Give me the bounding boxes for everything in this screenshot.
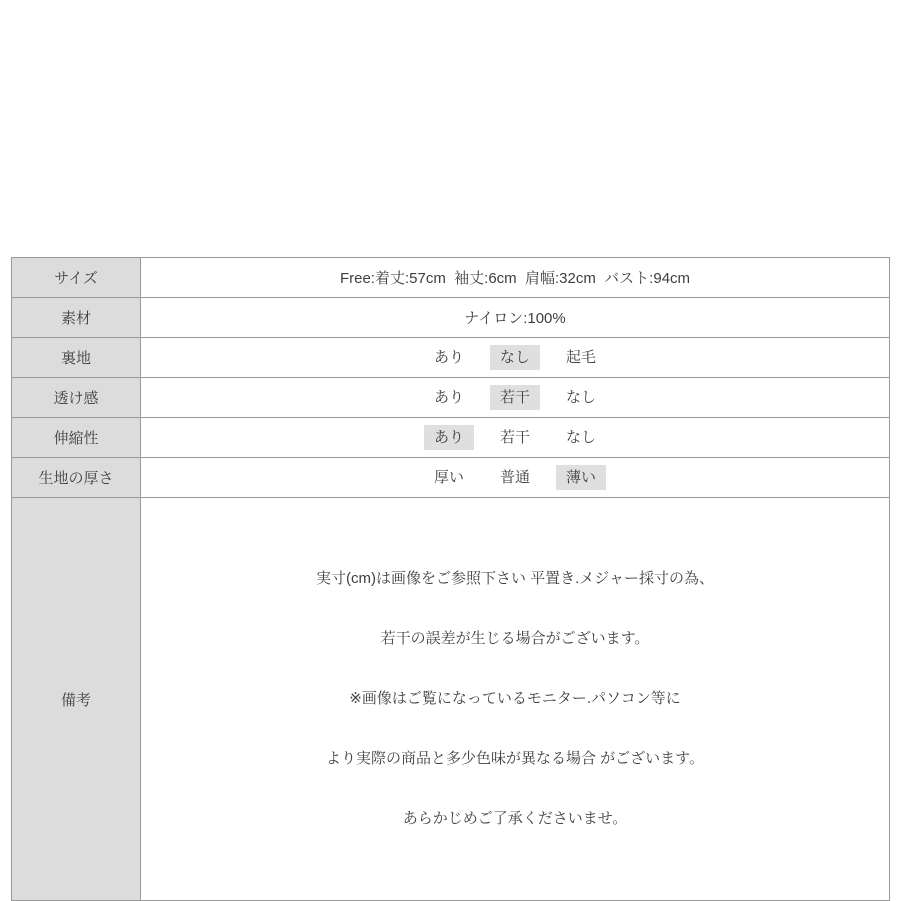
- table-row-thickness: 生地の厚さ 厚い 普通 薄い: [12, 458, 890, 498]
- option-group-lining: あり なし 起毛: [141, 345, 889, 371]
- option-ari: あり: [424, 345, 474, 371]
- table-row-size: サイズ Free:着丈:57cm 袖丈:6cm 肩幅:32cm バスト:94cm: [12, 258, 890, 298]
- row-label-sheerness: 透け感: [12, 378, 141, 418]
- table-row-remarks: 備考 実寸(cm)は画像をご参照下さい 平置き.メジャー採寸の為、 若干の誤差が…: [12, 498, 890, 901]
- table-row-sheerness: 透け感 あり 若干 なし: [12, 378, 890, 418]
- option-kimo: 起毛: [556, 345, 606, 371]
- product-spec-page: サイズ Free:着丈:57cm 袖丈:6cm 肩幅:32cm バスト:94cm…: [0, 0, 900, 900]
- option-ari: あり: [424, 425, 474, 451]
- option-nashi: なし: [556, 385, 606, 411]
- option-group-sheerness: あり 若干 なし: [141, 385, 889, 411]
- row-value-thickness: 厚い 普通 薄い: [141, 458, 890, 498]
- row-label-remarks: 備考: [12, 498, 141, 901]
- option-ari: あり: [424, 385, 474, 411]
- option-group-stretch: あり 若干 なし: [141, 425, 889, 451]
- table-row-lining: 裏地 あり なし 起毛: [12, 338, 890, 378]
- remarks-text: 実寸(cm)は画像をご参照下さい 平置き.メジャー採寸の為、 若干の誤差が生じる…: [141, 532, 889, 866]
- row-value-sheerness: あり 若干 なし: [141, 378, 890, 418]
- row-value-stretch: あり 若干 なし: [141, 418, 890, 458]
- row-value-remarks: 実寸(cm)は画像をご参照下さい 平置き.メジャー採寸の為、 若干の誤差が生じる…: [141, 498, 890, 901]
- remarks-line: あらかじめご了承くださいませ。: [141, 806, 889, 832]
- option-atsui: 厚い: [424, 465, 474, 491]
- option-nashi: なし: [556, 425, 606, 451]
- row-label-stretch: 伸縮性: [12, 418, 141, 458]
- table-row-material: 素材 ナイロン:100%: [12, 298, 890, 338]
- option-group-thickness: 厚い 普通 薄い: [141, 465, 889, 491]
- spec-table: サイズ Free:着丈:57cm 袖丈:6cm 肩幅:32cm バスト:94cm…: [11, 257, 890, 901]
- option-futsuu: 普通: [490, 465, 540, 491]
- remarks-line: ※画像はご覧になっているモニター.パソコン等に: [141, 686, 889, 712]
- row-label-thickness: 生地の厚さ: [12, 458, 141, 498]
- row-value-size: Free:着丈:57cm 袖丈:6cm 肩幅:32cm バスト:94cm: [141, 258, 890, 298]
- remarks-line: 若干の誤差が生じる場合がございます。: [141, 626, 889, 652]
- row-label-lining: 裏地: [12, 338, 141, 378]
- remarks-line: より実際の商品と多少色味が異なる場合 がございます。: [141, 746, 889, 772]
- row-label-size: サイズ: [12, 258, 141, 298]
- option-jakkan: 若干: [490, 425, 540, 451]
- option-jakkan: 若干: [490, 385, 540, 411]
- table-row-stretch: 伸縮性 あり 若干 なし: [12, 418, 890, 458]
- option-nashi: なし: [490, 345, 540, 371]
- row-label-material: 素材: [12, 298, 141, 338]
- row-value-material: ナイロン:100%: [141, 298, 890, 338]
- option-usui: 薄い: [556, 465, 606, 491]
- remarks-line: 実寸(cm)は画像をご参照下さい 平置き.メジャー採寸の為、: [141, 566, 889, 592]
- row-value-lining: あり なし 起毛: [141, 338, 890, 378]
